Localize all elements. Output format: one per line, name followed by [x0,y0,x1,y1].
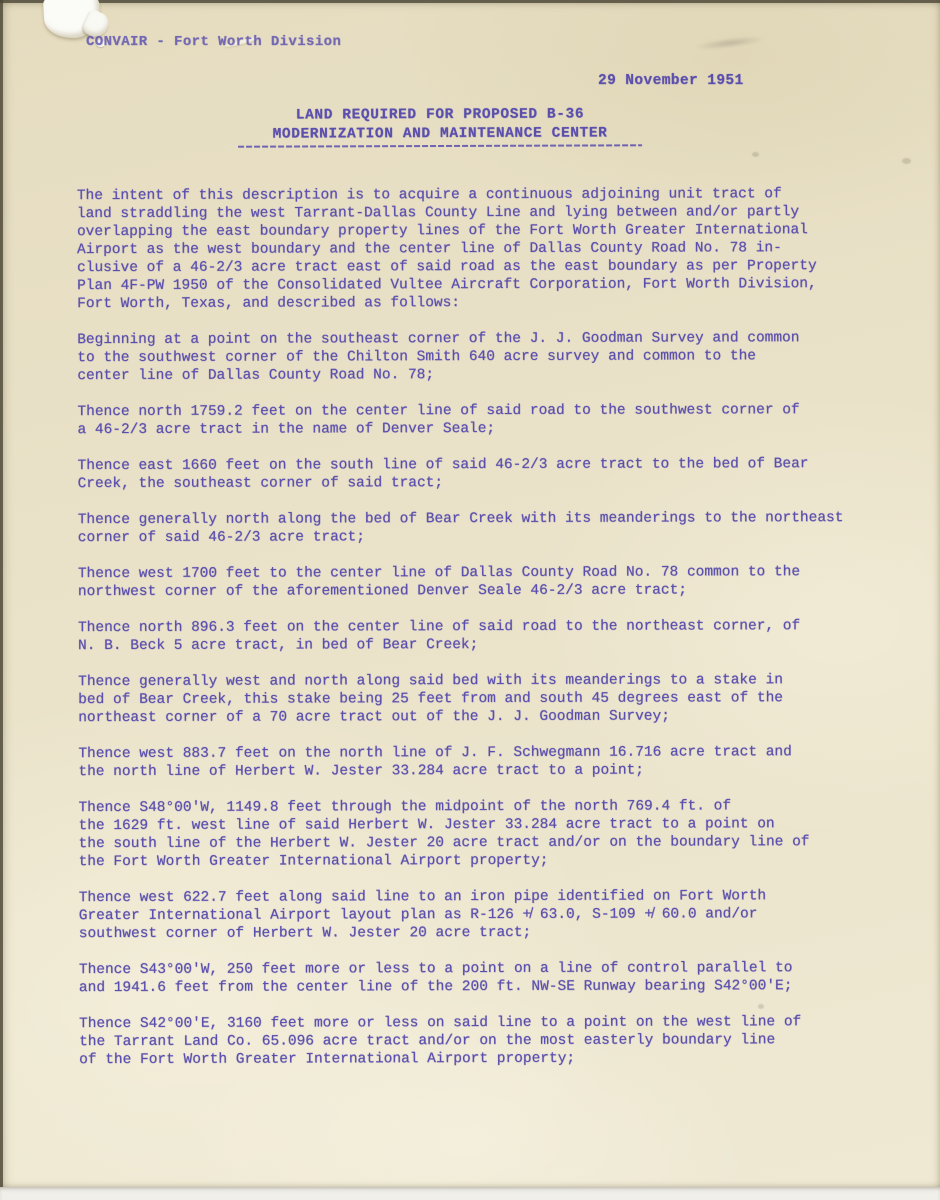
paragraph-course-4: Thence west 1700 feet to the center line… [78,563,900,601]
scan-edge-bottom [0,1187,940,1200]
document-body: The intent of this description is to acq… [77,185,901,1087]
paragraph-course-10: Thence S43°00'W, 250 feet more or less t… [79,959,901,997]
paper-speck [752,152,759,157]
title-line-2: MODERNIZATION AND MAINTENANCE CENTER [0,123,880,145]
paragraph-course-9: Thence west 622.7 feet along said line t… [79,887,901,943]
scan-edge-top [0,0,940,3]
paragraph-course-11: Thence S42°00'E, 3160 feet more or less … [79,1013,901,1069]
paragraph-course-8: Thence S48°00'W, 1149.8 feet through the… [78,797,900,871]
paper-speck [902,158,911,164]
scanned-document: CONVAIR - Fort Worth Division 29 Novembe… [0,0,940,1200]
document-date: 29 November 1951 [598,73,744,89]
paragraph-course-5: Thence north 896.3 feet on the center li… [78,617,900,655]
paragraph-point-of-beginning: Beginning at a point on the southeast co… [77,329,899,385]
paragraph-intent: The intent of this description is to acq… [77,185,899,313]
paragraph-course-6: Thence generally west and north along sa… [78,671,900,727]
document-title: LAND REQUIRED FOR PROPOSED B-36 MODERNIZ… [0,104,880,148]
paragraph-course-1: Thence north 1759.2 feet on the center l… [77,401,899,439]
paragraph-course-7: Thence west 883.7 feet on the north line… [78,743,900,781]
scan-edge-left [0,0,3,1187]
company-header: CONVAIR - Fort Worth Division [86,34,341,50]
paragraph-course-2: Thence east 1660 feet on the south line … [78,455,900,493]
paragraph-course-3: Thence generally north along the bed of … [78,509,900,547]
